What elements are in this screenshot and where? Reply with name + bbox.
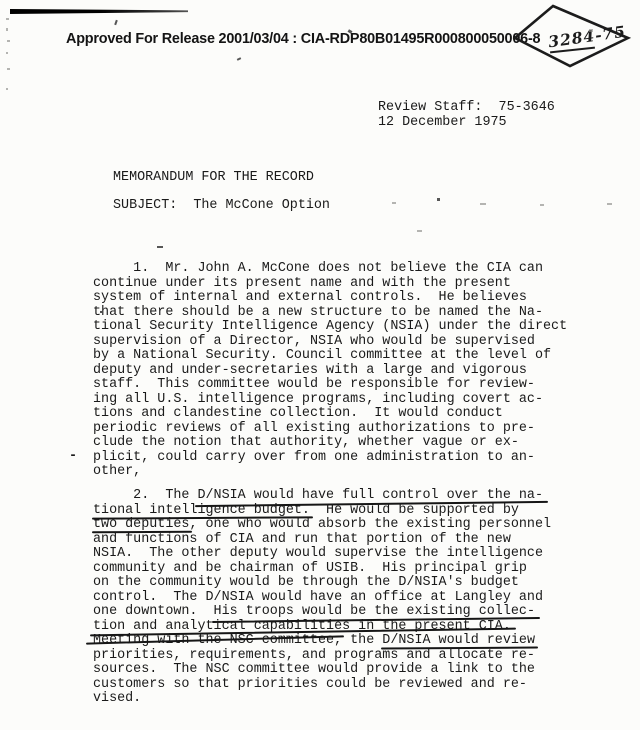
subject-line: SUBJECT: The McCone Option: [113, 199, 330, 214]
date-line: 12 December 1975: [378, 116, 555, 131]
memo-text-line: 2. The D/NSIA would have full control ov…: [93, 489, 551, 504]
scan-speck: [7, 40, 10, 42]
memo-text: priorities, requirements, and programs a…: [93, 649, 535, 664]
memo-text: tions and clandestine collection. It wou…: [93, 407, 503, 422]
memo-text: sources. The NSC committee would provide…: [93, 663, 535, 678]
memo-text-line: one downtown. His troops would be the ex…: [93, 605, 551, 620]
memo-text: other,: [93, 465, 141, 480]
memo-text: control. The D/NSIA would have an office…: [93, 591, 543, 606]
memo-text: , one who would absorb the existing pers…: [189, 518, 551, 533]
memo-text-line: supervision of a Director, NSIA who woul…: [93, 335, 567, 350]
memo-text: vised.: [93, 692, 141, 707]
memo-text-line: staff. This committee would be responsib…: [93, 378, 567, 393]
memo-text: system of internal and external controls…: [93, 291, 527, 306]
scan-speck: [437, 198, 440, 201]
memo-text-line: NSIA. The other deputy would supervise t…: [93, 547, 551, 562]
scan-speck: [237, 57, 241, 61]
memo-text: continue under its present name and with…: [93, 277, 511, 292]
memo-text: community and be chairman of USIB. His p…: [93, 562, 527, 577]
memo-text: the: [342, 634, 382, 649]
memo-text: on the community would be through the D/…: [93, 576, 519, 591]
memo-text-line: ing all U.S. intelligence programs, incl…: [93, 393, 567, 408]
memo-text-line: on the community would be through the D/…: [93, 576, 551, 591]
memo-text: periodic reviews of all existing authori…: [93, 422, 535, 437]
memo-text: customers so that priorities could be re…: [93, 678, 527, 693]
memo-text-line: clude the notion that authority, whether…: [93, 436, 567, 451]
margin-dot-mark: .: [97, 304, 105, 319]
memo-text-line: plicit, could carry over from one admini…: [93, 451, 567, 466]
memo-text: 2. The: [93, 489, 197, 504]
scan-speck: [114, 20, 118, 25]
scan-speck: [7, 68, 10, 70]
margin-dash-mark: -: [69, 450, 77, 465]
hand-annotated-text: tion and analytical capabilities in the …: [93, 620, 511, 635]
hand-annotated-text: His troops would be the existing collec-: [214, 605, 535, 620]
scan-speck: [540, 204, 544, 206]
scan-speck: [392, 202, 396, 204]
hand-annotated-text: Meeting with the NSC committee,: [93, 634, 342, 649]
memo-text-line: control. The D/NSIA would have an office…: [93, 591, 551, 606]
memo-text-line: tional Security Intelligence Agency (NSI…: [93, 320, 567, 335]
memo-text-line: other,: [93, 465, 567, 480]
hand-annotated-text: two deputies: [93, 518, 189, 533]
memo-text-line: system of internal and external controls…: [93, 291, 567, 306]
memo-text-line: by a National Security. Council committe…: [93, 349, 567, 364]
hand-annotated-text: D/NSIA would have full control over the …: [197, 489, 543, 504]
memo-text: staff. This committee would be responsib…: [93, 378, 535, 393]
memo-text-line: and functions of CIA and run that portio…: [93, 533, 551, 548]
memo-text: tional Security Intelligence Agency (NSI…: [93, 320, 567, 335]
scan-speck: [6, 18, 9, 20]
memo-text-line: tional intelligence budget. He would be …: [93, 504, 551, 519]
memo-text: and functions of CIA and run that portio…: [93, 533, 511, 548]
memo-text-line: tion and analytical capabilities in the …: [93, 620, 551, 635]
memo-text-line: customers so that priorities could be re…: [93, 678, 551, 693]
memo-text: He would be supported by: [310, 504, 519, 519]
memo-text-line: sources. The NSC committee would provide…: [93, 663, 551, 678]
memo-text-line: periodic reviews of all existing authori…: [93, 422, 567, 437]
memo-text: one downtown.: [93, 605, 214, 620]
memo-text-line: community and be chairman of USIB. His p…: [93, 562, 551, 577]
memo-text-line: that there should be a new structure to …: [93, 306, 567, 321]
review-staff-number: Review Staff: 75-3646: [378, 101, 555, 116]
memo-text-line: two deputies, one who would absorb the e…: [93, 518, 551, 533]
redaction-bar: [10, 9, 188, 14]
memo-text: deputy and under-secretaries with a larg…: [93, 364, 527, 379]
hand-annotated-text: tional intelligence budget.: [93, 504, 310, 519]
paragraph-1: 1. Mr. John A. McCone does not believe t…: [93, 262, 567, 480]
memo-text: plicit, could carry over from one admini…: [93, 451, 535, 466]
memo-text: supervision of a Director, NSIA who woul…: [93, 335, 535, 350]
memo-text-line: continue under its present name and with…: [93, 277, 567, 292]
scan-speck: [480, 203, 486, 205]
memo-text-line: deputy and under-secretaries with a larg…: [93, 364, 567, 379]
scan-speck: [607, 203, 612, 205]
memo-text: NSIA. The other deputy would supervise t…: [93, 547, 543, 562]
scan-speck: [589, 29, 593, 32]
memo-text-line: vised.: [93, 692, 551, 707]
hand-annotated-text: D/NSIA would review: [382, 634, 535, 649]
scan-speck: [6, 28, 8, 31]
paragraph-2: 2. The D/NSIA would have full control ov…: [93, 489, 551, 707]
review-staff-block: Review Staff: 75-3646 12 December 1975: [378, 101, 555, 130]
memo-text-line: Meeting with the NSC committee, the D/NS…: [93, 634, 551, 649]
memo-text-line: priorities, requirements, and programs a…: [93, 649, 551, 664]
scan-speck: [417, 230, 422, 232]
memo-text: 1. Mr. John A. McCone does not believe t…: [93, 262, 543, 277]
memo-text: clude the notion that authority, whether…: [93, 436, 519, 451]
release-stamp-line: Approved For Release 2001/03/04 : CIA-RD…: [66, 31, 540, 47]
memo-text: by a National Security. Council committe…: [93, 349, 551, 364]
memo-text-line: tions and clandestine collection. It wou…: [93, 407, 567, 422]
scan-speck: [6, 52, 8, 54]
scan-speck: [6, 88, 8, 90]
memo-text-line: 1. Mr. John A. McCone does not believe t…: [93, 262, 567, 277]
memo-text: that there should be a new structure to …: [93, 306, 543, 321]
scan-speck: [157, 246, 163, 248]
scanned-memo-page: Approved For Release 2001/03/04 : CIA-RD…: [0, 0, 640, 730]
memo-heading: MEMORANDUM FOR THE RECORD: [113, 171, 314, 186]
memo-text: ing all U.S. intelligence programs, incl…: [93, 393, 543, 408]
